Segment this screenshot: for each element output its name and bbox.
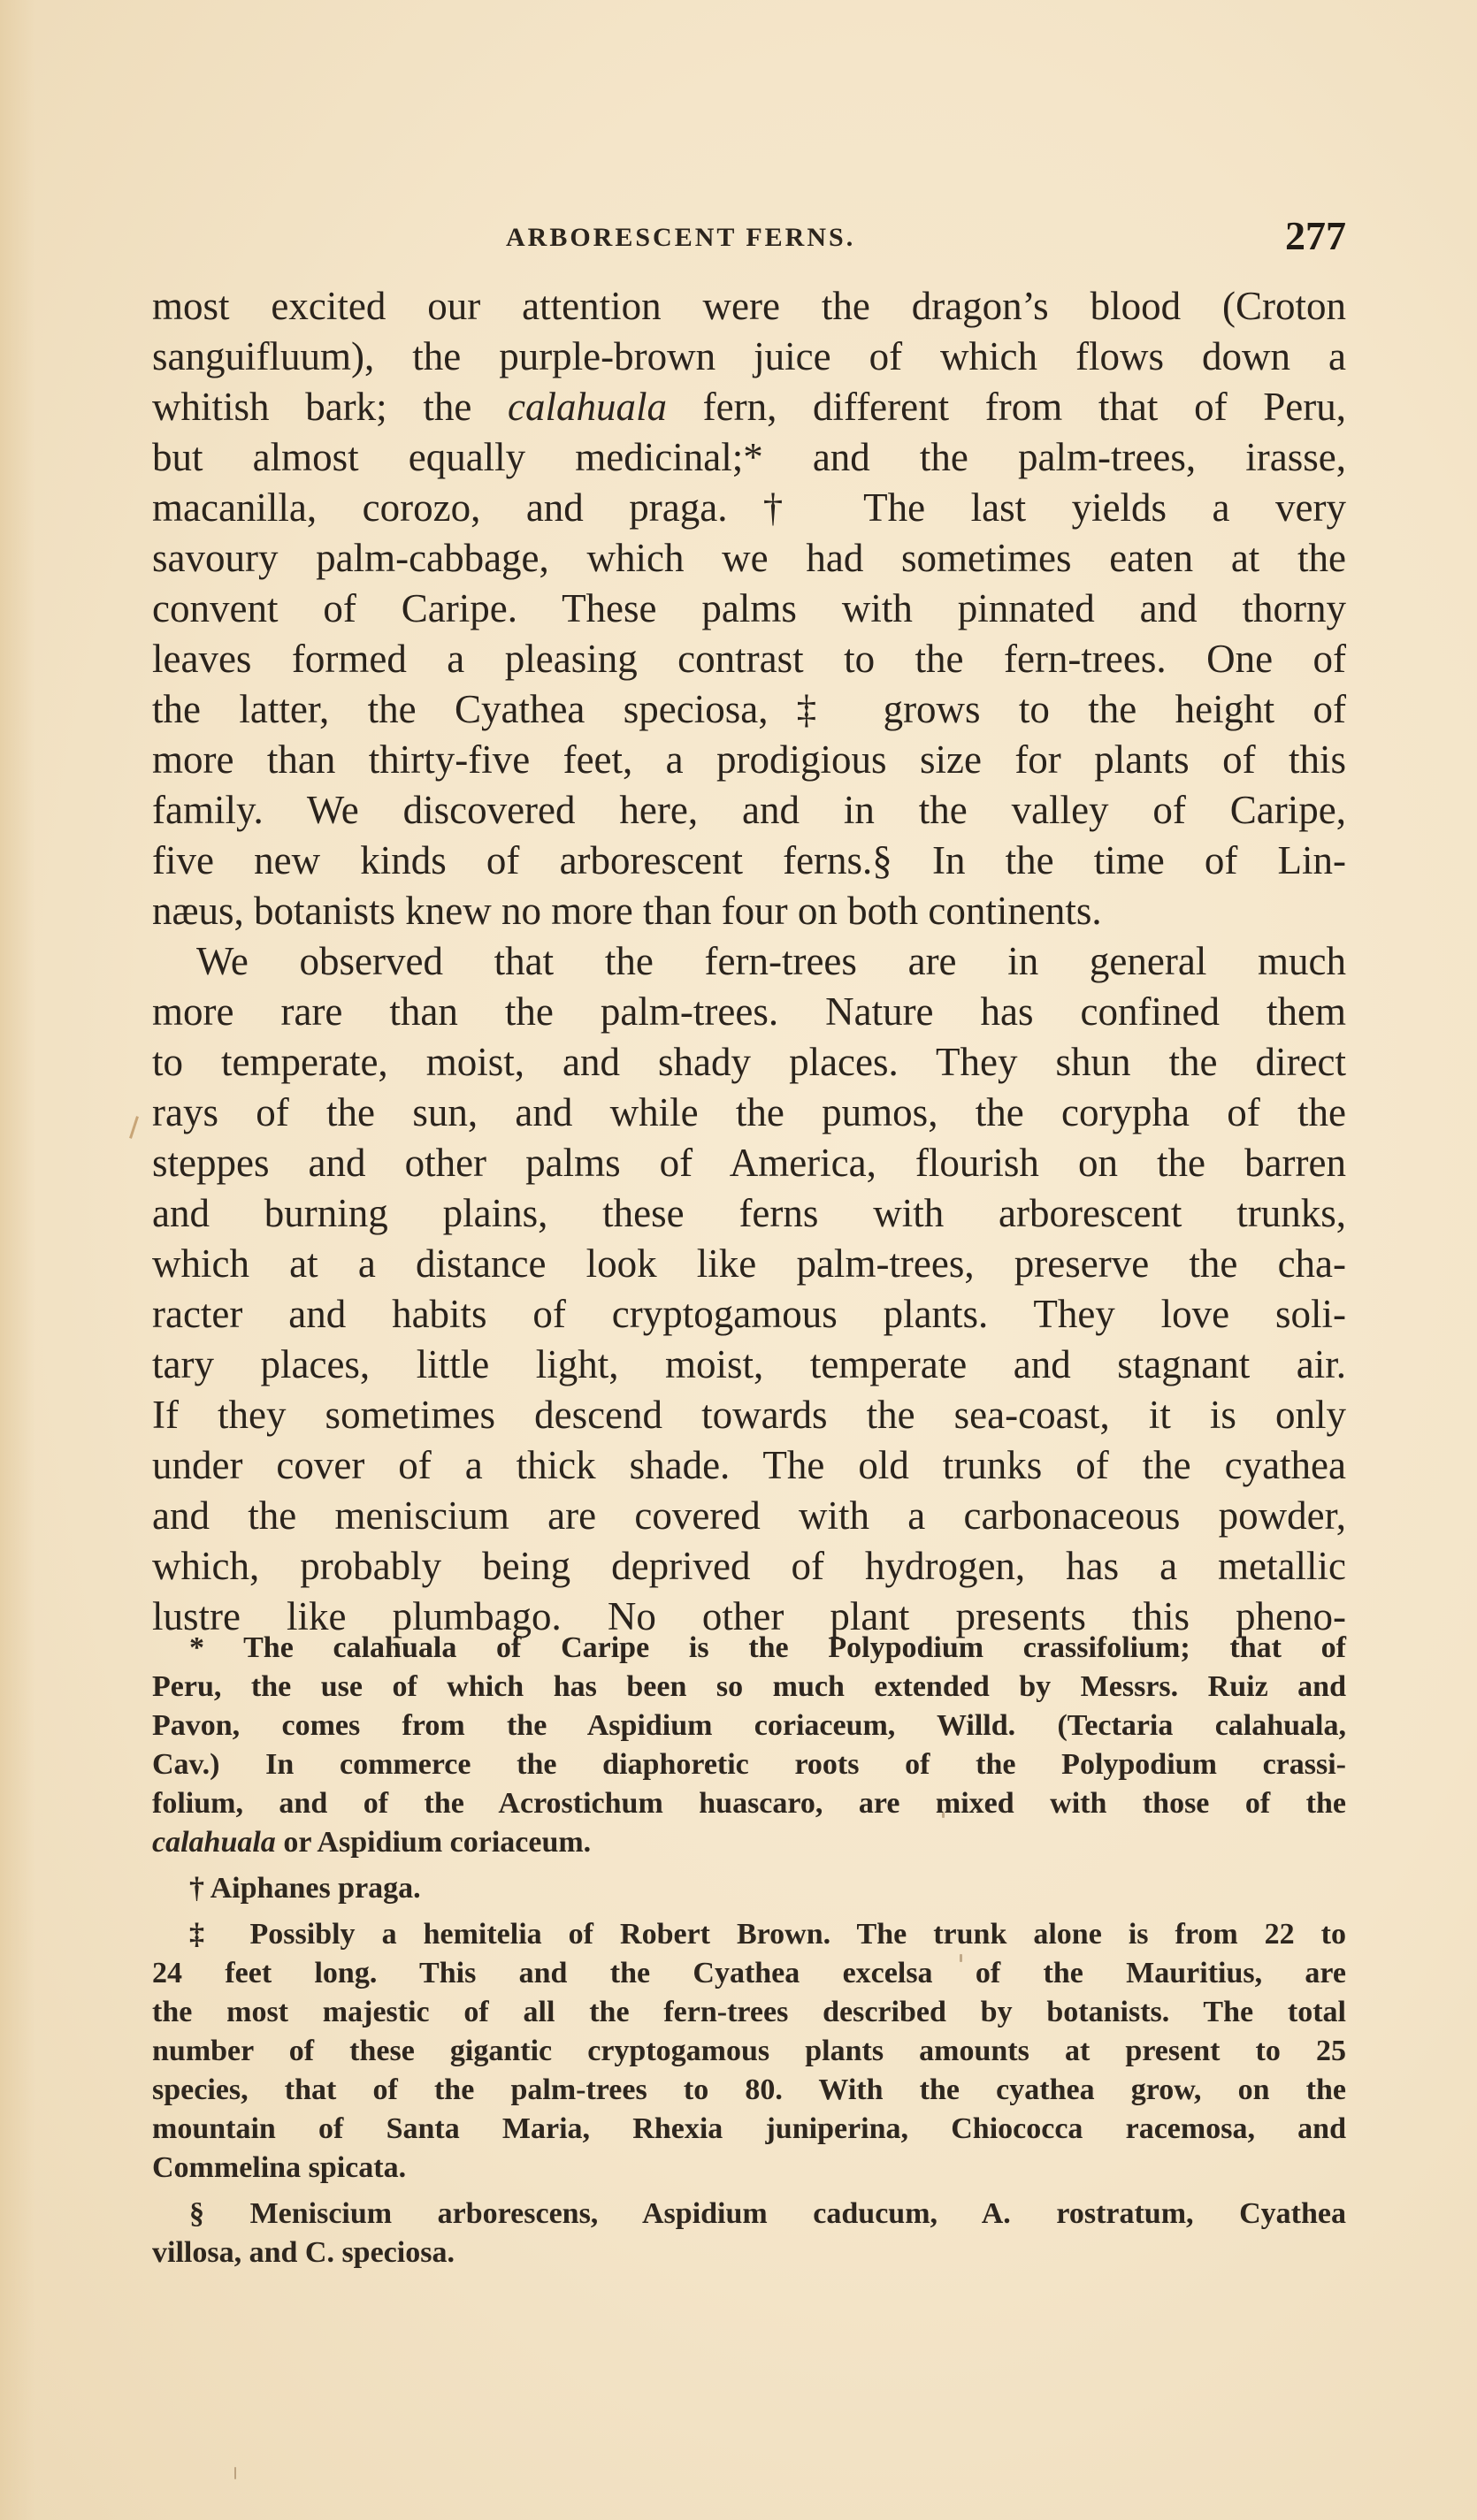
running-head: ARBORESCENT FERNS. 277 [152,212,1346,265]
body-line: whitish bark; the calahuala fern, differ… [152,382,1346,432]
footnote-line: † Aiphanes praga. [152,1869,1346,1908]
body-line: macanilla, corozo, and praga.† The last … [152,483,1346,533]
italic-term: calahuala [508,385,667,429]
body-line: rays of the sun, and while the pumos, th… [152,1088,1346,1138]
footnotes: * The calahuala of Caripe is the Polypod… [152,1629,1346,2272]
margin-pencil-mark [129,1116,139,1139]
body-line: convent of Caripe. These palms with pinn… [152,584,1346,634]
body-line: næus, botanists knew no more than four o… [152,886,1346,936]
footnote-line: Commelina spicata. [152,2149,1346,2188]
body-line: more rare than the palm-trees. Nature ha… [152,987,1346,1037]
body-line: savoury palm-cabbage, which we had somet… [152,533,1346,584]
footnote-line: species, that of the palm-trees to 80. W… [152,2071,1346,2110]
page-number: 277 [1285,212,1346,259]
paper-speck [942,1813,945,1818]
footnote-line: Cav.) In commerce the diaphoretic roots … [152,1745,1346,1784]
footnote-line: * The calahuala of Caripe is the Polypod… [152,1629,1346,1668]
body-line: more than thirty-five feet, a prodigious… [152,735,1346,785]
footnote-line: 24 feet long. This and the Cyathea excel… [152,1954,1346,1993]
body-line: which, probably being deprived of hydrog… [152,1541,1346,1592]
running-title: ARBORESCENT FERNS. [506,223,855,253]
body-line: tary places, little light, moist, temper… [152,1340,1346,1390]
body-line: which at a distance look like palm-trees… [152,1239,1346,1289]
body-line: and burning plains, these ferns with arb… [152,1188,1346,1239]
page-edge-shadow [0,0,35,2520]
body-line: to temperate, moist, and shady places. T… [152,1037,1346,1088]
body-line: but almost equally medicinal;* and the p… [152,432,1346,483]
footnote-line: the most majestic of all the fern-trees … [152,1993,1346,2032]
footnote-line: folium, and of the Acrostichum huascaro,… [152,1784,1346,1823]
body-line: racter and habits of cryptogamous plants… [152,1289,1346,1340]
body-line: the latter, the Cyathea speciosa,‡ grows… [152,684,1346,735]
body-line: and the meniscium are covered with a car… [152,1491,1346,1541]
footnote-line: Pavon, comes from the Aspidium coriaceum… [152,1707,1346,1745]
body-line: sanguifluum), the purple-brown juice of … [152,332,1346,382]
footnote-line: Peru, the use of which has been so much … [152,1668,1346,1707]
italic-term: calahuala [152,1826,276,1859]
body-text: most excited our attention were the drag… [152,281,1346,1642]
footnote-line: calahuala or Aspidium coriaceum. [152,1823,1346,1862]
body-line: steppes and other palms of America, flou… [152,1138,1346,1188]
body-line: If they sometimes descend towards the se… [152,1390,1346,1440]
footnote-line: villosa, and C. speciosa. [152,2234,1346,2272]
paper-speck [234,2467,236,2479]
body-line: five new kinds of arborescent ferns.§ In… [152,836,1346,886]
footnote-line: ‡ Possibly a hemitelia of Robert Brown. … [152,1915,1346,1954]
footnote-line: § Meniscium arborescens, Aspidium caducu… [152,2195,1346,2234]
body-line: We observed that the fern-trees are in g… [152,936,1346,987]
body-line: leaves formed a pleasing contrast to the… [152,634,1346,684]
body-line: family. We discovered here, and in the v… [152,785,1346,836]
paper-speck [960,1954,962,1962]
footnote-line: number of these gigantic cryptogamous pl… [152,2032,1346,2071]
footnote-line: mountain of Santa Maria, Rhexia juniperi… [152,2110,1346,2149]
body-line: under cover of a thick shade. The old tr… [152,1440,1346,1491]
body-line: most excited our attention were the drag… [152,281,1346,332]
